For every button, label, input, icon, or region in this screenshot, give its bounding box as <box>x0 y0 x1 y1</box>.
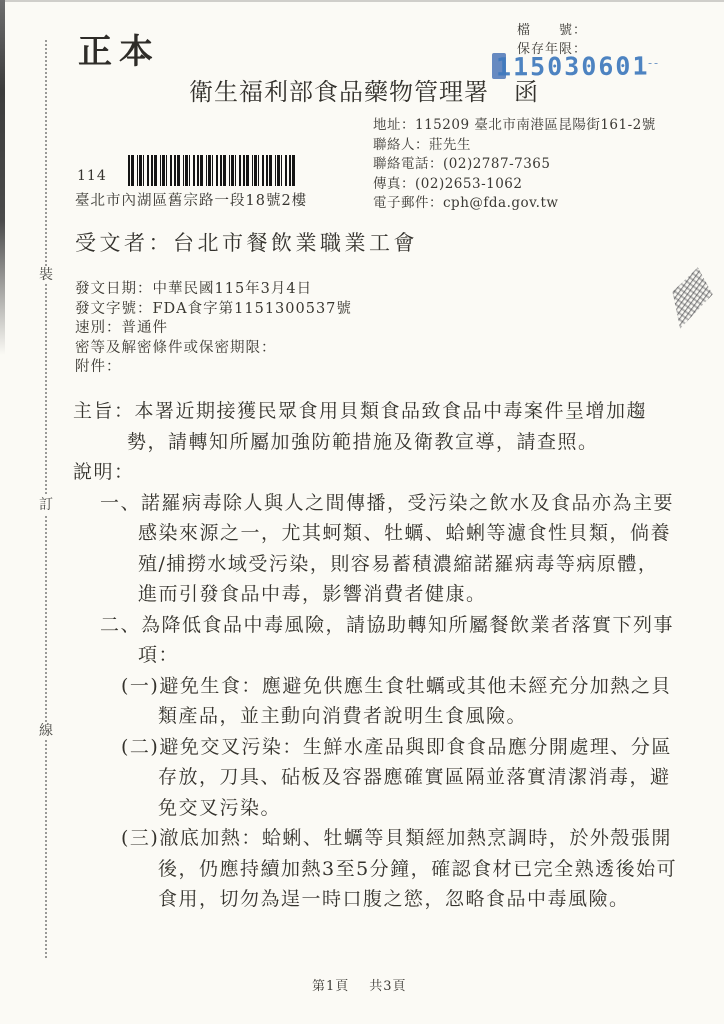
subitem3-line: (三)澈底加熱：蛤蜊、牡蠣等貝類經加熱烹調時，於外殼張開 <box>121 823 679 854</box>
agency-fax: 傳真：(02)2653-1062 <box>373 175 656 195</box>
agency-phone: 聯絡電話：(02)2787-7365 <box>373 155 656 175</box>
subject-line: 勢，請轉知所屬加強防範措施及衛教宣導，請查照。 <box>127 427 679 458</box>
recipient-address: 臺北市內湖區舊宗路一段18號2樓 <box>75 189 307 210</box>
receipt-stamp-artifact <box>658 264 721 333</box>
subitem1-line: 類產品，並主動向消費者說明生食風險。 <box>158 701 679 732</box>
dispatch-number: 發文字號：FDA食字第1151300537號 <box>75 300 352 320</box>
agency-address: 地址：115209 臺北市南港區昆陽街161-2號 <box>373 116 656 136</box>
subitem3-line: 食用，切勿為逞一時口腹之慾，忽略食品中毒風險。 <box>158 884 679 915</box>
subitem2-line: 免交叉污染。 <box>158 793 679 824</box>
subitem3-line: 後，仍應持續加熱3至5分鐘，確認食材已完全熟透後始可 <box>158 854 679 885</box>
binding-mark-zhuang: 裝 <box>39 266 53 284</box>
item2-line: 二、為降低食品中毒風險，請協助轉知所屬餐飲業者落實下列事 <box>100 610 679 641</box>
stamp-tick-marks: -- <box>648 56 660 70</box>
security-classification: 密等及解密條件或保密期限： <box>75 339 352 359</box>
page-number: 第1頁 <box>312 979 349 994</box>
subitem2-line: (二)避免交叉污染：生鮮水產品與即食食品應分開處理、分區 <box>121 732 679 763</box>
document-title: 衛生福利部食品藥物管理署 函 <box>189 72 539 107</box>
binding-mark-ding: 訂 <box>39 496 53 514</box>
subitem1-line: (一)避免生食：應避免供應生食牡蠣或其他未經充分加熱之貝 <box>121 671 679 702</box>
copy-type-label: 正本 <box>78 24 160 73</box>
scan-top-edge-artifact <box>0 0 724 2</box>
scan-left-edge-artifact <box>0 0 5 360</box>
item1-line: 殖/捕撈水域受污染，則容易蓄積濃縮諾羅病毒等病原體， <box>138 549 679 580</box>
barcode <box>128 155 295 186</box>
item1-line: 感染來源之一，尤其蚵類、牡蠣、蛤蜊等濾食性貝類，倘養 <box>138 518 679 549</box>
agency-email: 電子郵件：cph@fda.gov.tw <box>373 194 656 214</box>
agency-contact-person: 聯絡人：莊先生 <box>373 136 656 156</box>
delivery-speed: 速別：普通件 <box>75 319 352 339</box>
dispatch-meta-block: 發文日期：中華民國115年3月4日 發文字號：FDA食字第1151300537號… <box>75 280 352 378</box>
attachment-label: 附件： <box>75 358 352 378</box>
agency-contact-block: 地址：115209 臺北市南港區昆陽街161-2號 聯絡人：莊先生 聯絡電話：(… <box>373 116 656 214</box>
letter-body: 主旨：本署近期接獲民眾食用貝類食品致食品中毒案件呈增加趨 勢，請轉知所屬加強防範… <box>73 396 679 915</box>
recipient-line: 受文者：台北市餐飲業職業工會 <box>75 227 418 257</box>
subitem2-line: 存放，刀具、砧板及容器應確實區隔並落實清潔消毒，避 <box>158 762 679 793</box>
item1-line: 進而引發食品中毒，影響消費者健康。 <box>138 579 679 610</box>
explanation-label: 說明： <box>73 457 679 488</box>
file-number-label: 檔 號： <box>517 21 587 40</box>
recipient-zipcode: 114 <box>77 168 107 184</box>
item1-line: 一、諾羅病毒除人與人之間傳播，受污染之飲水及食品亦為主要 <box>100 488 679 519</box>
page-footer: 第1頁共3頁 <box>312 975 407 994</box>
subject-line: 主旨：本署近期接獲民眾食用貝類食品致食品中毒案件呈增加趨 <box>73 396 679 427</box>
dispatch-date: 發文日期：中華民國115年3月4日 <box>75 280 352 300</box>
binding-mark-xian: 線 <box>39 722 53 740</box>
total-pages: 共3頁 <box>369 979 406 994</box>
item2-line: 項： <box>138 640 679 671</box>
scanned-official-letter: 裝 訂 線 正本 檔 號： 保存年限： 115030601 -- 衛生福利部食品… <box>0 0 724 1024</box>
